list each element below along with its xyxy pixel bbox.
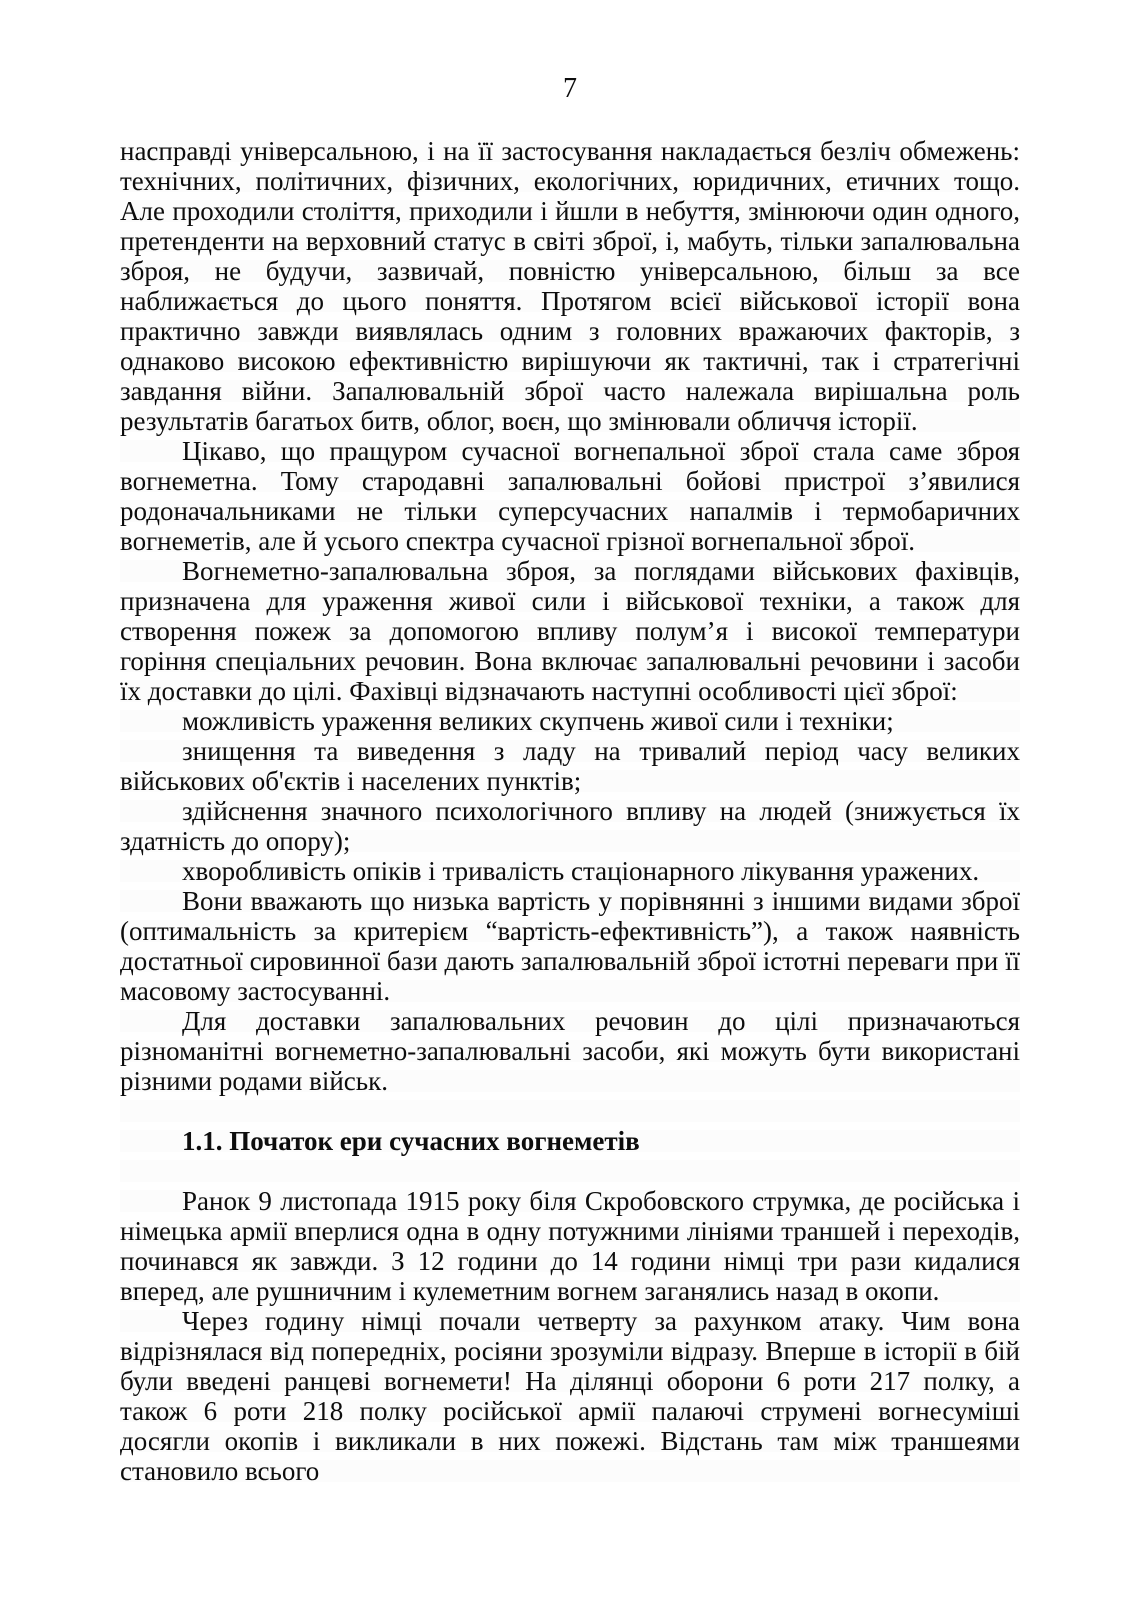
list-item-paragraph: хворобливість опіків і тривалість стаціо…	[120, 856, 1020, 886]
document-page: 7 насправді універсальною, і на її засто…	[0, 0, 1142, 1615]
paragraph: Через годину німці почали четверту за ра…	[120, 1306, 1020, 1486]
page-body: насправді універсальною, і на її застосу…	[120, 136, 1020, 1486]
paragraph: Вони вважають що низька вартість у порів…	[120, 886, 1020, 1006]
list-item-paragraph: здійснення значного психологічного вплив…	[120, 796, 1020, 856]
paragraph-continuation: насправді універсальною, і на її застосу…	[120, 136, 1020, 436]
list-item-paragraph: знищення та виведення з ладу на тривалий…	[120, 736, 1020, 796]
paragraph: Для доставки запалювальних речовин до ці…	[120, 1006, 1020, 1096]
list-item-paragraph: можливість ураження великих скупчень жив…	[120, 706, 1020, 736]
page-number: 7	[120, 0, 1020, 104]
paragraph: Цікаво, що пращуром сучасної вогнепально…	[120, 436, 1020, 556]
section-heading: 1.1. Початок ери сучасних вогнеметів	[120, 1126, 1020, 1156]
paragraph: Вогнеметно-запалювальна зброя, за погляд…	[120, 556, 1020, 706]
paragraph: Ранок 9 листопада 1915 року біля Скробов…	[120, 1186, 1020, 1306]
